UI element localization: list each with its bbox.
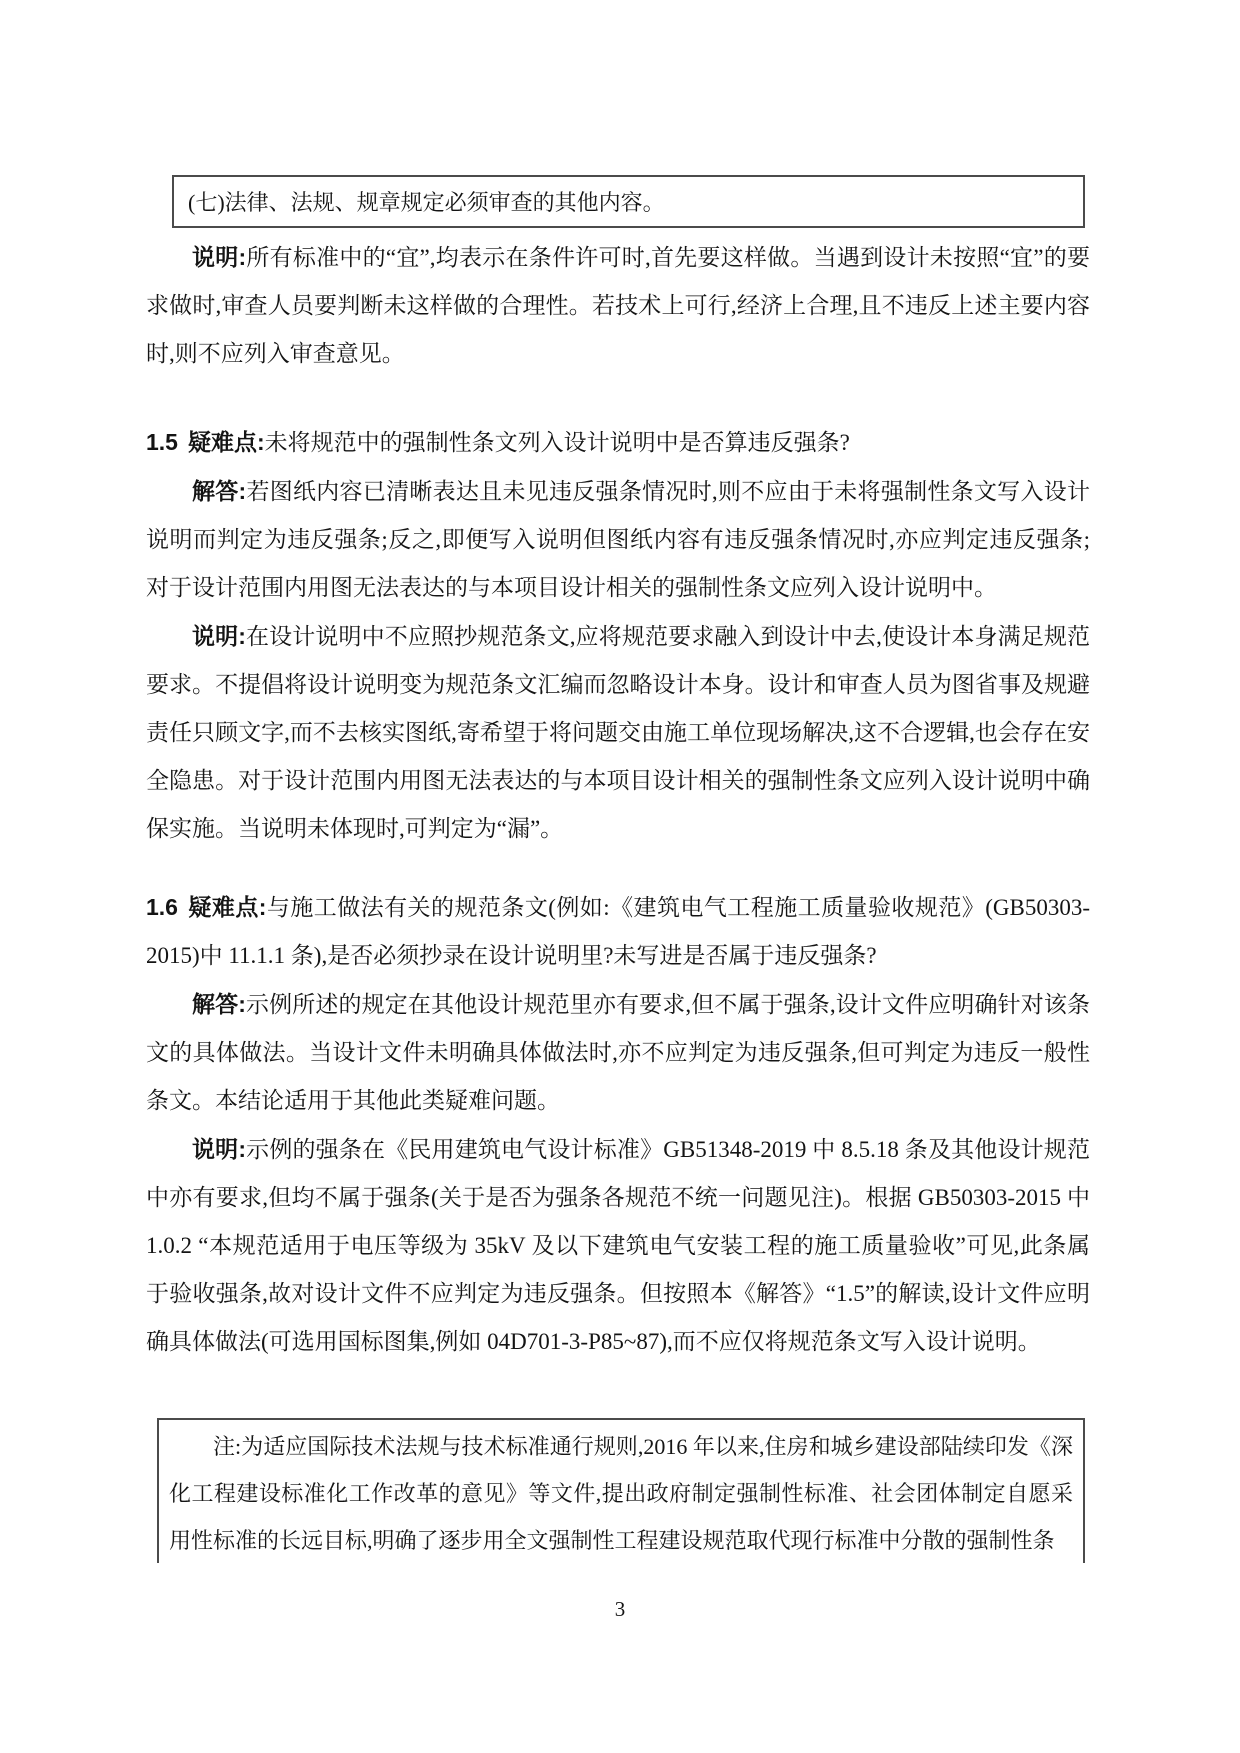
explanation-paragraph: 说明:示例的强条在《民用建筑电气设计标准》GB51348-2019 中 8.5.…: [146, 1125, 1090, 1366]
document-page: (七)法律、法规、规章规定必须审查的其他内容。 说明:所有标准中的“宜”,均表示…: [0, 0, 1240, 1753]
section-1-5-heading: 1.5疑难点:未将规范中的强制性条文列入设计说明中是否算违反强条?: [146, 418, 1090, 467]
question-text: 与施工做法有关的规范条文(例如:《建筑电气工程施工质量验收规范》(GB50303…: [146, 895, 1090, 968]
section-1-5: 1.5疑难点:未将规范中的强制性条文列入设计说明中是否算违反强条? 解答:若图纸…: [146, 418, 1090, 853]
difficulty-label: 疑难点:: [188, 894, 266, 920]
explanation-label: 说明:: [192, 1136, 246, 1162]
answer-paragraph: 解答:若图纸内容已清晰表达且未见违反强条情况时,则不应由于未将强制性条文写入设计…: [146, 467, 1090, 612]
explanation-paragraph: 说明:所有标准中的“宜”,均表示在条件许可时,首先要这样做。当遇到设计未按照“宜…: [146, 233, 1090, 378]
footnote-label: 注:: [213, 1434, 241, 1459]
section-1-6: 1.6疑难点:与施工做法有关的规范条文(例如:《建筑电气工程施工质量验收规范》(…: [146, 883, 1090, 1366]
paragraph: 说明:所有标准中的“宜”,均表示在条件许可时,首先要这样做。当遇到设计未按照“宜…: [146, 233, 1090, 378]
review-item-text: (七)法律、法规、规章规定必须审查的其他内容。: [188, 186, 665, 217]
answer-text: 示例所述的规定在其他设计规范里亦有要求,但不属于强条,设计文件应明确针对该条文的…: [146, 992, 1090, 1113]
footnote-paragraph: 注:为适应国际技术法规与技术标准通行规则,2016 年以来,住房和城乡建设部陆续…: [169, 1423, 1073, 1563]
footnote-text: 为适应国际技术法规与技术标准通行规则,2016 年以来,住房和城乡建设部陆续印发…: [169, 1434, 1073, 1553]
answer-label: 解答:: [192, 478, 246, 504]
explanation-text: 示例的强条在《民用建筑电气设计标准》GB51348-2019 中 8.5.18 …: [146, 1137, 1090, 1354]
page-number: 3: [0, 1597, 1240, 1622]
footnote-box: 注:为适应国际技术法规与技术标准通行规则,2016 年以来,住房和城乡建设部陆续…: [157, 1418, 1085, 1563]
section-number: 1.6: [146, 894, 178, 920]
explanation-label: 说明:: [192, 244, 246, 270]
answer-label: 解答:: [192, 991, 246, 1017]
section-1-6-heading: 1.6疑难点:与施工做法有关的规范条文(例如:《建筑电气工程施工质量验收规范》(…: [146, 883, 1090, 980]
difficulty-label: 疑难点:: [188, 429, 265, 455]
question-text: 未将规范中的强制性条文列入设计说明中是否算违反强条?: [265, 430, 850, 455]
explanation-paragraph: 说明:在设计说明中不应照抄规范条文,应将规范要求融入到设计中去,使设计本身满足规…: [146, 612, 1090, 853]
answer-paragraph: 解答:示例所述的规定在其他设计规范里亦有要求,但不属于强条,设计文件应明确针对该…: [146, 980, 1090, 1125]
review-item-box: (七)法律、法规、规章规定必须审查的其他内容。: [172, 175, 1085, 228]
section-number: 1.5: [146, 429, 178, 455]
explanation-text: 在设计说明中不应照抄规范条文,应将规范要求融入到设计中去,使设计本身满足规范要求…: [146, 624, 1090, 841]
answer-text: 若图纸内容已清晰表达且未见违反强条情况时,则不应由于未将强制性条文写入设计说明而…: [146, 479, 1090, 600]
explanation-text: 所有标准中的“宜”,均表示在条件许可时,首先要这样做。当遇到设计未按照“宜”的要…: [146, 245, 1090, 366]
explanation-label: 说明:: [192, 623, 246, 649]
